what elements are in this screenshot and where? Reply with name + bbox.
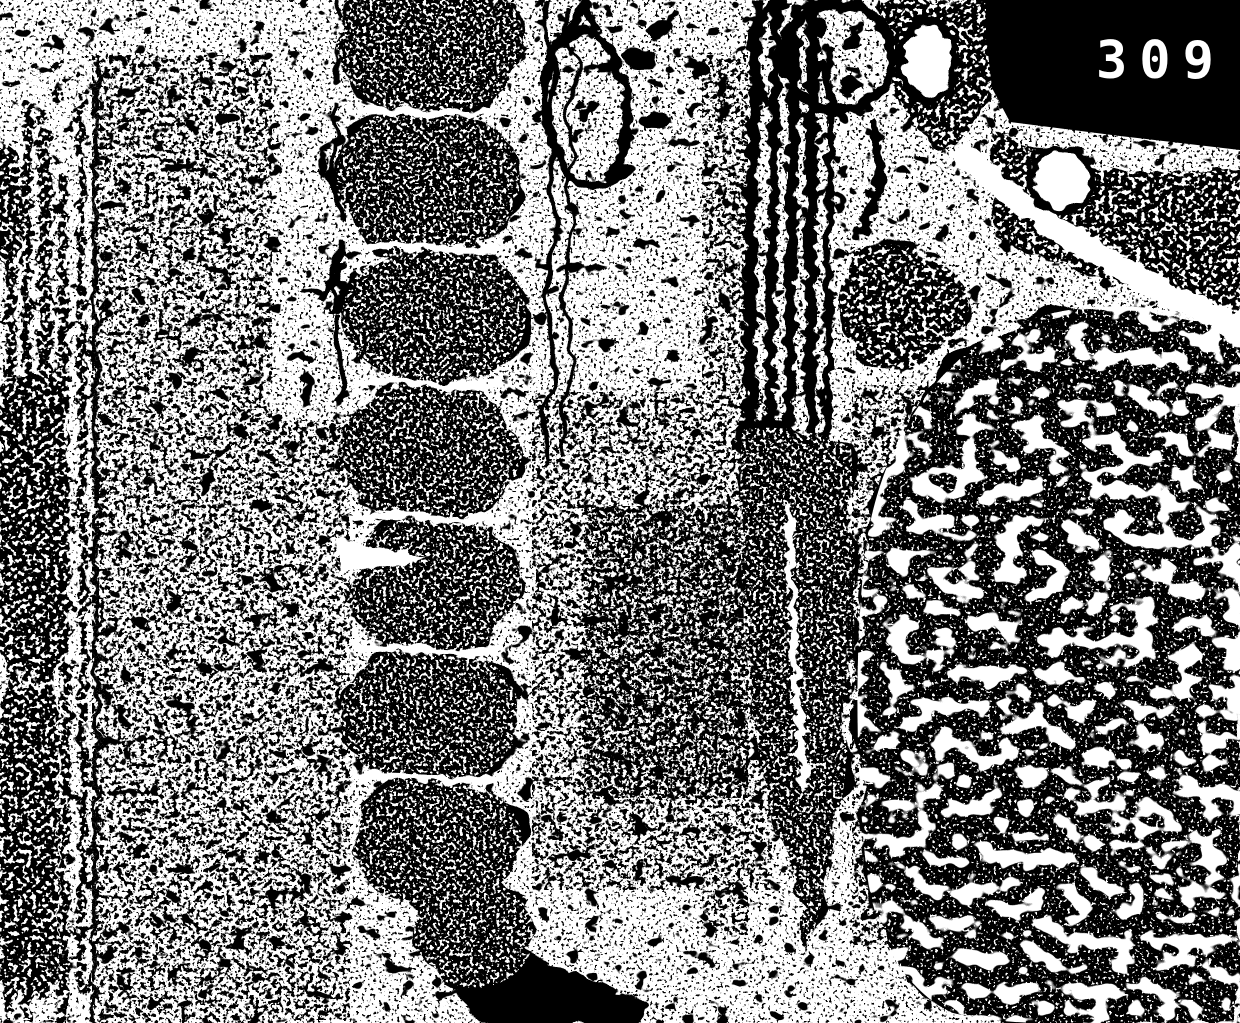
micrograph-canvas: 309	[0, 0, 1240, 1023]
inner-granule	[824, 103, 848, 117]
mottle	[342, 516, 522, 656]
inner-granule	[809, 60, 827, 76]
mottle	[336, 102, 520, 258]
frame-counter-digits: 309	[1096, 31, 1226, 91]
left-speckle-column-2	[262, 420, 350, 1020]
left-speckle-column	[92, 55, 272, 1023]
dark-speck	[608, 161, 632, 179]
mottle	[414, 880, 534, 988]
membrane-left	[336, 0, 338, 435]
mottle	[340, 644, 520, 788]
micrograph: 309	[0, 0, 1240, 1023]
right-mass-fine-mottle	[857, 306, 1240, 1023]
mottle	[342, 242, 526, 390]
mottle	[338, 380, 522, 524]
inner-granule	[843, 35, 861, 49]
inner-granule	[810, 20, 830, 36]
organelle-chain-mottle	[336, 0, 534, 988]
small-oval-vesicle	[900, 22, 956, 102]
inner-granule	[840, 76, 860, 92]
white-oval-hole	[1032, 148, 1092, 212]
left-band-mottle	[0, 60, 105, 1020]
